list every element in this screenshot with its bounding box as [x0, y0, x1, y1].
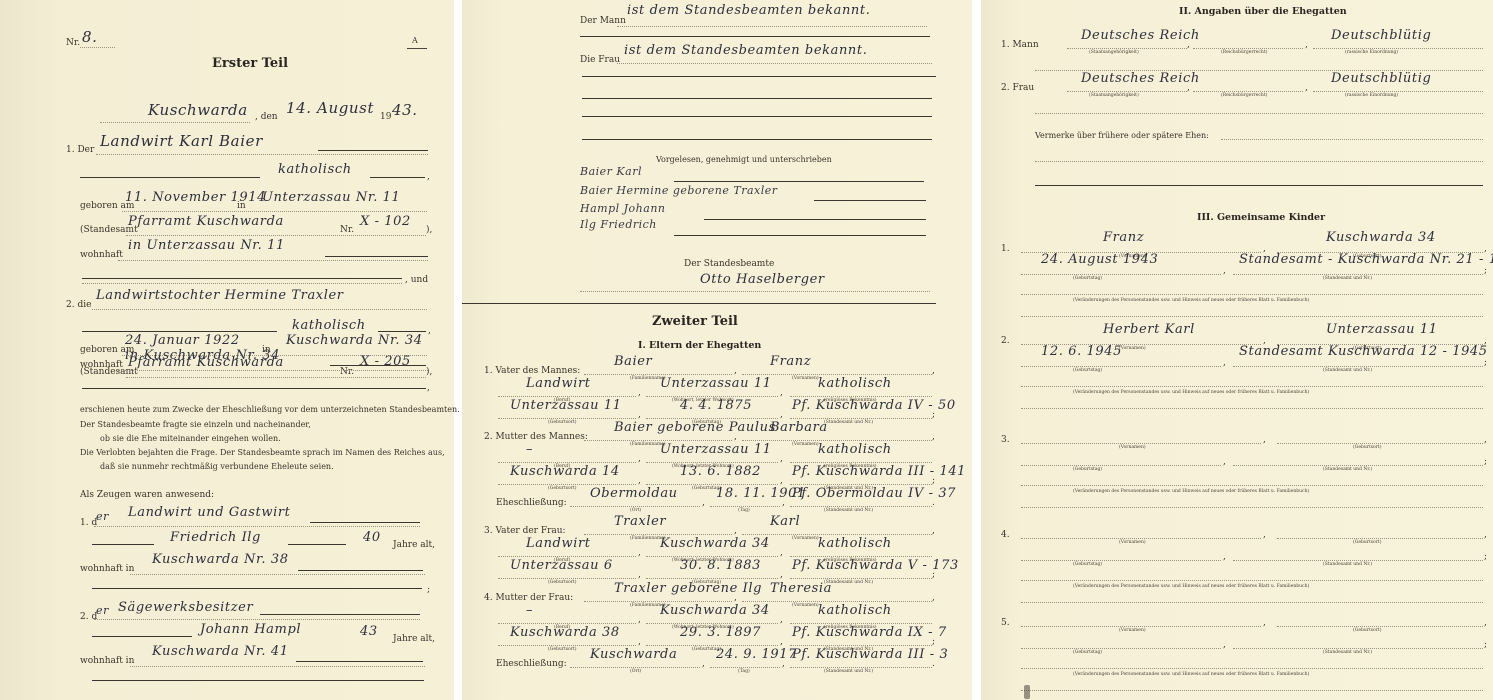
caption-office: (Standesamt und Nr.): [1323, 467, 1372, 472]
man-text: ist dem Standesbeamten bekannt.: [627, 3, 870, 18]
parent-residence: Unterzassau 11: [660, 442, 772, 457]
parent-given: Franz: [770, 354, 811, 369]
parent-residence: Unterzassau 11: [660, 376, 772, 391]
parent-surname: Baier geborene Paulus: [614, 420, 776, 435]
caption-birthplace: (Geburtsort): [548, 580, 577, 585]
caption-given: (Vornamen): [1119, 628, 1146, 633]
caption-office: (Standesamt und Nr.): [1323, 368, 1372, 373]
spouse-racial: Deutschblütig: [1331, 71, 1431, 86]
child-office: Standesamt Kuschwarda 12 - 1945: [1239, 344, 1488, 359]
woman-label: Die Frau: [580, 55, 620, 65]
caption-birthplace: (Geburtsort): [548, 647, 577, 652]
caption-changes: (Veränderungen des Personenstandes usw. …: [1073, 584, 1309, 589]
parent-religion: katholisch: [818, 376, 892, 391]
caption-given: (Vornamen): [1119, 346, 1146, 351]
children-heading: III. Gemeinsame Kinder: [1197, 212, 1325, 223]
caption-racial: (rassische Einordnung): [1345, 93, 1398, 98]
parent-surname: Traxler: [614, 514, 666, 529]
parent-occupation: Landwirt: [526, 536, 591, 551]
signature-bride: Baier Hermine geborene Traxler: [580, 184, 778, 197]
child-number: 1.: [1001, 244, 1010, 254]
caption-reich-citizenship: (Reichsbürgerrecht): [1221, 93, 1267, 98]
caption-birthdate: (Geburtstag): [1073, 650, 1102, 655]
child-given: Herbert Karl: [1103, 322, 1195, 337]
parent-office: Pf. Kuschwarda IX - 7: [792, 625, 947, 640]
signature-witness-2: Ilg Friedrich: [580, 218, 657, 231]
child-number: 2.: [1001, 336, 1010, 346]
parent-surname: Traxler geborene Ilg: [614, 581, 762, 596]
caption-birthplace: (Geburtsort): [548, 486, 577, 491]
parent-given: Karl: [770, 514, 800, 529]
caption-given: (Vornamen): [792, 603, 819, 608]
caption-office: (Standesamt und Nr.): [824, 669, 873, 674]
spouse-citizenship: Deutsches Reich: [1081, 71, 1200, 86]
parent-birthdate: 13. 6. 1882: [680, 464, 761, 479]
parent-birthplace: Unterzassau 11: [510, 398, 622, 413]
parent-office: Pf. Kuschwarda III - 141: [792, 464, 966, 479]
child-birthplace: Unterzassau 11: [1326, 322, 1438, 337]
caption-given: (Vornamen): [792, 442, 819, 447]
caption-changes: (Veränderungen des Personenstandes usw. …: [1073, 672, 1309, 677]
child-office: Standesamt - Kuschwarda Nr. 21 - 1943: [1239, 252, 1493, 267]
caption-changes: (Veränderungen des Personenstandes usw. …: [1073, 298, 1309, 303]
registrar-label: Der Standesbeamte: [684, 259, 774, 269]
caption-birthdate: (Geburtstag): [1073, 368, 1102, 373]
page1-bride-rule: ,: [0, 0, 454, 700]
child-number: 3.: [1001, 435, 1010, 445]
parent-birthdate: 4. 4. 1875: [680, 398, 752, 413]
parent-marriage-office: Pf. Kuschwarda III - 3: [792, 647, 948, 662]
page-edge-mark: [1024, 685, 1030, 699]
parent-marriage-date: 24. 9. 1917: [716, 647, 797, 662]
parent-religion: katholisch: [818, 603, 892, 618]
caption-place: (Ort): [630, 669, 641, 674]
parent-label: 2. Mutter des Mannes:: [484, 432, 588, 442]
caption-changes: (Veränderungen des Personenstandes usw. …: [1073, 489, 1309, 494]
parent-label: 1. Vater des Mannes:: [484, 366, 580, 376]
parent-given: Barbara: [770, 420, 828, 435]
parent-marriage-place: Kuschwarda: [590, 647, 677, 662]
marriage-label: Eheschließung:: [496, 498, 567, 508]
man-label: Der Mann: [580, 16, 626, 26]
child-number: 5.: [1001, 618, 1010, 628]
caption-given: (Vornamen): [1119, 445, 1146, 450]
child-birthdate: 12. 6. 1945: [1041, 344, 1122, 359]
caption-birthplace: (Geburtsort): [1353, 540, 1382, 545]
caption-office: (Standesamt und Nr.): [1323, 650, 1372, 655]
parent-religion: katholisch: [818, 536, 892, 551]
child-given: Franz: [1103, 230, 1144, 245]
parent-birthplace: Kuschwarda 14: [510, 464, 620, 479]
page-ehegatten-kinder: II. Angaben über die Ehegatten 1. Mann D…: [981, 0, 1493, 700]
parents-heading: I. Eltern der Ehegatten: [638, 340, 761, 351]
signature-groom: Baier Karl: [580, 165, 642, 178]
parent-residence: Kuschwarda 34: [660, 536, 770, 551]
spouse-label: 2. Frau: [1001, 83, 1034, 93]
caption-citizenship: (Staatsangehörigkeit): [1089, 93, 1139, 98]
caption-day: (Tag): [738, 508, 750, 513]
parent-birthplace: Kuschwarda 38: [510, 625, 620, 640]
caption-birthdate: (Geburtstag): [1073, 467, 1102, 472]
parent-occupation: –: [526, 442, 533, 457]
child-number: 4.: [1001, 530, 1010, 540]
page-zweiter-teil: Der Mann ist dem Standesbeamten bekannt.…: [462, 0, 972, 700]
caption-office: (Standesamt und Nr.): [824, 508, 873, 513]
child-birthdate: 24. August 1943: [1041, 252, 1158, 267]
caption-place: (Ort): [630, 508, 641, 513]
caption-citizenship: (Staatsangehörigkeit): [1089, 50, 1139, 55]
caption-reich-citizenship: (Reichsbürgerrecht): [1221, 50, 1267, 55]
woman-text: ist dem Standesbeamten bekannt.: [624, 43, 867, 58]
caption-racial: (rassische Einordnung): [1345, 50, 1398, 55]
parent-marriage-place: Obermoldau: [590, 486, 678, 501]
caption-birthplace: (Geburtsort): [548, 420, 577, 425]
parent-surname: Baier: [614, 354, 652, 369]
spouse-citizenship: Deutsches Reich: [1081, 28, 1200, 43]
caption-office: (Standesamt und Nr.): [824, 420, 873, 425]
part2-title: Zweiter Teil: [652, 314, 738, 329]
caption-day: (Tag): [738, 669, 750, 674]
caption-office: (Standesamt und Nr.): [1323, 562, 1372, 567]
marriage-label: Eheschließung:: [496, 659, 567, 669]
spouse-racial: Deutschblütig: [1331, 28, 1431, 43]
remarks-label: Vermerke über frühere oder spätere Ehen:: [1035, 131, 1209, 140]
parent-birthdate: 29. 3. 1897: [680, 625, 761, 640]
parent-label: 4. Mutter der Frau:: [484, 593, 573, 603]
parent-label: 3. Vater der Frau:: [484, 526, 566, 536]
parent-occupation: –: [526, 603, 533, 618]
parent-birthplace: Unterzassau 6: [510, 558, 613, 573]
child-birthplace: Kuschwarda 34: [1326, 230, 1436, 245]
caption-birthdate: (Geburtstag): [1073, 276, 1102, 281]
caption-given: (Vornamen): [792, 536, 819, 541]
signature-witness-1: Hampl Johann: [580, 202, 665, 215]
parent-birthdate: 30. 8. 1883: [680, 558, 761, 573]
registrar-signature: Otto Haselberger: [700, 272, 825, 287]
caption-given: (Vornamen): [792, 376, 819, 381]
spouse-label: 1. Mann: [1001, 40, 1039, 50]
caption-changes: (Veränderungen des Personenstandes usw. …: [1073, 390, 1309, 395]
parent-given: Theresia: [770, 581, 832, 596]
caption-birthdate: (Geburtstag): [1073, 562, 1102, 567]
read-signed: Vorgelesen, genehmigt und unterschrieben: [656, 155, 832, 164]
parent-residence: Kuschwarda 34: [660, 603, 770, 618]
caption-birthplace: (Geburtsort): [1353, 445, 1382, 450]
parent-occupation: Landwirt: [526, 376, 591, 391]
caption-given: (Vornamen): [1119, 540, 1146, 545]
spouses-heading: II. Angaben über die Ehegatten: [1179, 6, 1347, 17]
parent-religion: katholisch: [818, 442, 892, 457]
caption-office: (Standesamt und Nr.): [1323, 276, 1372, 281]
caption-birthplace: (Geburtsort): [1353, 628, 1382, 633]
